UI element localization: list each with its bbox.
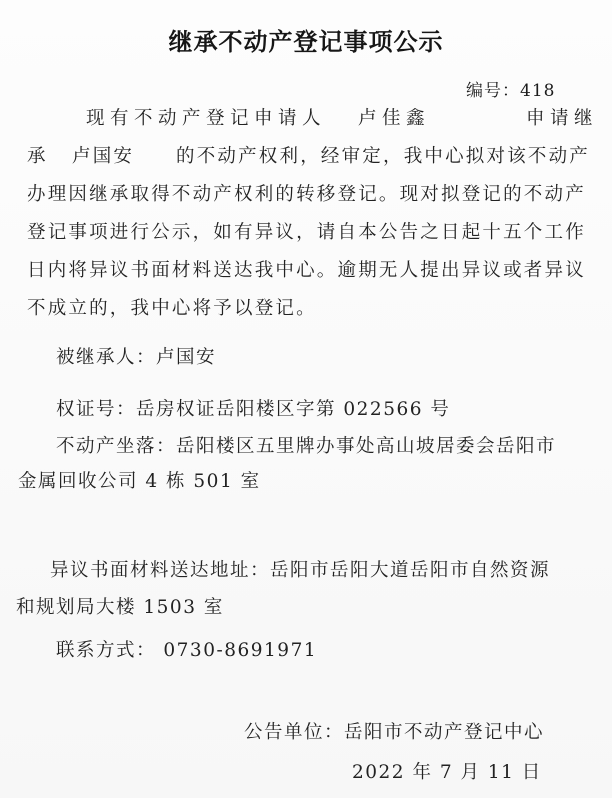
serial-number: 编号：418 [466, 76, 555, 101]
document-title: 继承不动产登记事项公示 [0, 22, 612, 57]
applicant-name: 卢佳鑫 [358, 104, 430, 130]
paragraph-line-2a: 承 [27, 142, 46, 168]
certificate-number-field: 权证号：岳房权证岳阳楼区字第 022566 号 [56, 395, 450, 421]
objection-address-line-2: 和规划局大楼 1503 室 [16, 593, 224, 619]
property-location-line-1: 不动产坐落：岳阳楼区五里牌办事处高山坡居委会岳阳市 [56, 432, 556, 458]
paragraph-line-6: 不成立的，我中心将予以登记。 [27, 294, 317, 320]
notice-page: 继承不动产登记事项公示 编号：418 现有不动产登记申请人 卢佳鑫 申请继 承 … [0, 0, 612, 798]
paragraph-line-2b: 的不动产权利，经审定，我中心拟对该不动产 [176, 142, 590, 168]
objection-address-line-1: 异议书面材料送达地址：岳阳市岳阳大道岳阳市自然资源 [50, 556, 550, 582]
paragraph-line-1b: 申请继 [526, 104, 598, 130]
paragraph-line-4: 登记事项进行公示，如有异议，请自本公告之日起十五个工作 [27, 218, 586, 244]
decedent-field: 被继承人：卢国安 [56, 343, 216, 369]
contact-field: 联系方式： 0730-8691971 [56, 636, 317, 662]
paragraph-line-3: 办理因继承取得不动产权利的转移登记。现对拟登记的不动产 [27, 180, 586, 206]
issue-date: 2022 年 7 月 11 日 [352, 758, 542, 784]
property-location-line-2: 金属回收公司 4 栋 501 室 [18, 467, 261, 493]
paragraph-line-1a: 现有不动产登记申请人 [86, 104, 326, 130]
decedent-name-inline: 卢国安 [72, 142, 134, 168]
paragraph-line-5: 日内将异议书面材料送达我中心。逾期无人提出异议或者异议 [27, 256, 586, 282]
issuer: 公告单位：岳阳市不动产登记中心 [244, 718, 544, 744]
